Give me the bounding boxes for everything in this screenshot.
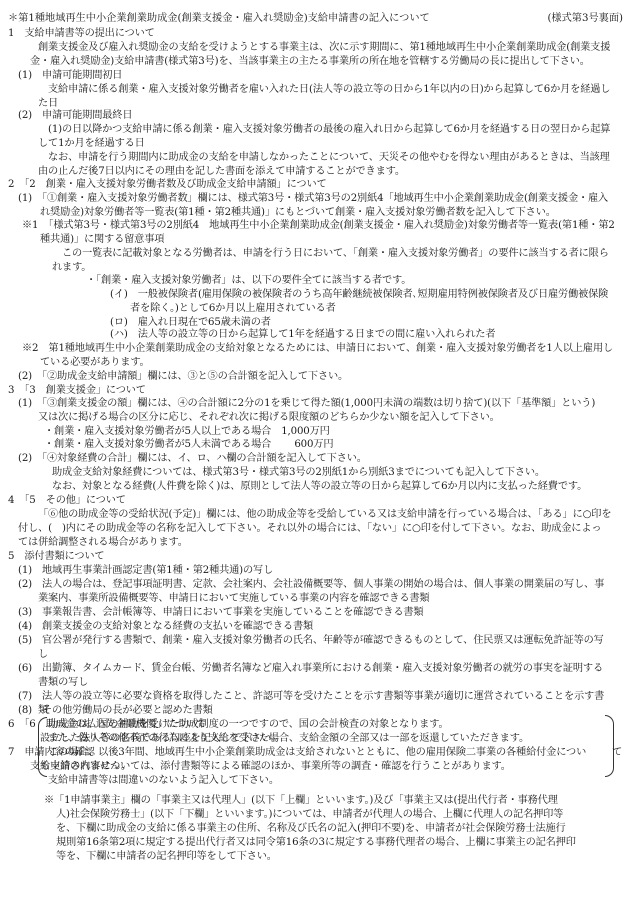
instruction-line: 2 「2 創業・雇入支援対象労働者数及び助成金支給申請額」について xyxy=(8,178,327,191)
instruction-line: (2) 「④対象経費の合計」欄には、イ、ロ、ハ欄の合計額を記入して下さい。 xyxy=(18,452,367,465)
instruction-line: ては併給調整される場合があります。 xyxy=(18,536,188,549)
instruction-line: (6) 出勤簿、タイムカード、賃金台帳、労働者名簿など雇入れ事業所における創業・… xyxy=(18,662,603,675)
instruction-line: (ハ) 法人等の設立等の日から起算して1年を経過する日までの間に雇い入れられた者 xyxy=(110,328,495,341)
notice-line: 助成金は、国の補助を受けた助成制度の一つですので、国の会計検査の対象となります。 xyxy=(48,718,448,731)
instruction-line: 助成金支給対象経費については、様式第3号・様式第3号の2別紙1から別紙3までにつ… xyxy=(52,466,545,479)
footnote-line: 規則第16条第2項に規定する提出代行者又は同令第16条の3に規定する事務代理者の… xyxy=(56,836,576,849)
instruction-line: (1) 「③創業支援金の額」欄には、④の合計額に2分の1を乗じて得た額(1,00… xyxy=(18,397,595,410)
footnote-line: ※「1申請事業主」欄の「事業主又は代理人」(以下「上欄」といいます。)及び「事業… xyxy=(44,794,558,807)
instruction-line: 又は次に掲げる場合の区分に応じ、それぞれ次に掲げる限度額のどちらか少ない額を記入… xyxy=(38,411,500,424)
instruction-line: (イ) 一般被保険者(雇用保険の被保険者のうち高年齢継続被保険者､短期雇用特例被… xyxy=(110,288,608,301)
instruction-line: 「⑥他の助成金等の受給状況(予定)」欄には、他の助成金等を受給している又は支給申… xyxy=(38,508,611,521)
notice-line: も支給されません。 xyxy=(40,760,131,773)
instruction-line: (1) 「①創業・雇入支援対象労働者数」欄には、様式第3号・様式第3号の2別紙4… xyxy=(18,192,608,205)
instruction-line: ・「創業・雇入支援対象労働者」は、以下の要件全てに該当する者です。 xyxy=(86,274,411,287)
instruction-line: 5 添付書類について xyxy=(8,550,104,563)
instruction-line: なお、対象となる経費(人件費を除く)は、原則として法人等の設立等の日から起算して… xyxy=(52,480,587,493)
instruction-line: れます。 xyxy=(52,261,91,274)
instruction-line: 創業支援金及び雇入れ奨励金の支給を受けようとする事業主は、次に示す期間に、第1種… xyxy=(38,41,610,54)
instruction-line: ※2 第1種地域再生中小企業創業助成金の支給対象となるためには、申請日において、… xyxy=(22,342,613,355)
instruction-line: (2) 申請可能期間最終日 xyxy=(18,109,132,122)
instruction-line: (7) 法人等の設立等に必要な資格を取得したこと、許認可等を受けたことを示す書類… xyxy=(18,690,604,703)
instruction-line: して1か月を経過する日 xyxy=(38,137,145,150)
instruction-line: (1)の日以降かつ支給申請に係る創業・雇入支援対象労働者の最後の雇入れ日から起算… xyxy=(48,123,610,136)
instruction-line: (1) 地域再生事業計画認定書(第1種・第2種共通)の写し xyxy=(18,564,273,577)
notice-overflow-char: て xyxy=(612,746,622,759)
footnote-line: 人)社会保険労務士」(以下「下欄」といいます。)については、申請者が代理人の場合… xyxy=(56,808,563,821)
instruction-line: この一覧表に記載対象となる労働者は、申請を行う日において、「創業・雇入支援対象労… xyxy=(62,247,609,260)
instruction-line: 支給申請に係る創業・雇入支援対象労働者を雇い入れた日(法人等の設立等の日から1年… xyxy=(48,83,610,96)
instruction-line: 者を除く。)として6か月以上雇用されている者 xyxy=(130,302,336,315)
instruction-line: 由の止んだ後7日以内にその理由を記した書面を添えて申請することができます。 xyxy=(38,165,405,178)
instruction-line: 3 「3 創業支援金」について xyxy=(8,384,146,397)
instruction-line: なお、申請を行う期間内に助成金の支給を申請しなかったことについて、天災その他やむ… xyxy=(48,151,610,164)
instruction-line: ※1 「様式第3号・様式第3号の2別紙4 地域再生中小企業創業助成金(創業支援金… xyxy=(22,219,615,232)
instruction-line: (8) その他労働局の長が必要と認めた書類 xyxy=(18,704,213,717)
instruction-line: (2) 「②助成金支給申請額」欄には、③と⑤の合計額を記入して下さい。 xyxy=(18,370,348,383)
instruction-line: 種共通)」に関する留意事項 xyxy=(40,233,164,246)
notice-line: この場合、以後3年間、地域再生中小企業創業助成金は支給されないとともに、他の雇用… xyxy=(48,746,586,759)
instruction-line: 業案内、事業所設備概要等、申請日において実施している事業の内容を確認できる書類 xyxy=(38,592,429,605)
form-number: (様式第3号裏面) xyxy=(547,12,623,25)
footnote-line: を、下欄に助成金の支給に係る事業主の住所、名称及び氏名の記入(押印不要)を、申請… xyxy=(56,822,566,835)
notice-line: 支給申請書等は間違いのないよう記入して下さい。 xyxy=(48,774,279,787)
instruction-line: れ奨励金)対象労働者等一覧表(第1種・第2種共通)」にもとづいて創業・雇入支援対… xyxy=(40,206,556,219)
instruction-line: し xyxy=(38,648,48,661)
instruction-line: 1 支給申請書等の提出について xyxy=(8,27,155,40)
page-title: ＊第1種地域再生中小企業創業助成金(創業支援金・雇入れ奨励金)支給申請書の記入に… xyxy=(8,12,430,25)
notice-line: また、偽りその他不正の行為により支給を受けた場合、支給金額の全部又は一部を返還し… xyxy=(48,732,529,745)
instruction-line: ている必要があります。 xyxy=(40,356,150,369)
footnote-line: 等を、下欄に申請者の記名押印等をして下さい。 xyxy=(56,850,277,863)
instruction-line: ・創業・雇入支援対象労働者が5人未満である場合 600万円 xyxy=(44,438,333,451)
instruction-line: 書類の写し xyxy=(38,676,88,689)
instruction-line: ・創業・雇入支援対象労働者が5人以上である場合 1,000万円 xyxy=(44,425,330,438)
instruction-line: (3) 事業報告書、会計帳簿等、申請日において事業を実施していることを確認できる… xyxy=(18,606,423,619)
instruction-line: (1) 申請可能期間初日 xyxy=(18,69,122,82)
instruction-line: (2) 法人の場合は、登記事項証明書、定款、会社案内、会社設備概要等、個人事業の… xyxy=(18,578,604,591)
instruction-line: 4 「5 その他」について xyxy=(8,494,126,507)
instruction-line: 付し、( )内にその助成金等の名称を記入して下さい。それ以外の場合には、「ない」… xyxy=(18,522,601,535)
instruction-line: (4) 創業支援金の支給対象となる経費の支払いを確認できる書類 xyxy=(18,620,313,633)
instruction-line: (5) 官公署が発行する書類で、創業・雇入支援対象労働者の氏名、年齢等が確認でき… xyxy=(18,634,604,647)
instruction-line: 金・雇入れ奨励金)支給申請書(様式第3号)を、当該事業主の主たる事業所の所在地を… xyxy=(30,55,590,68)
